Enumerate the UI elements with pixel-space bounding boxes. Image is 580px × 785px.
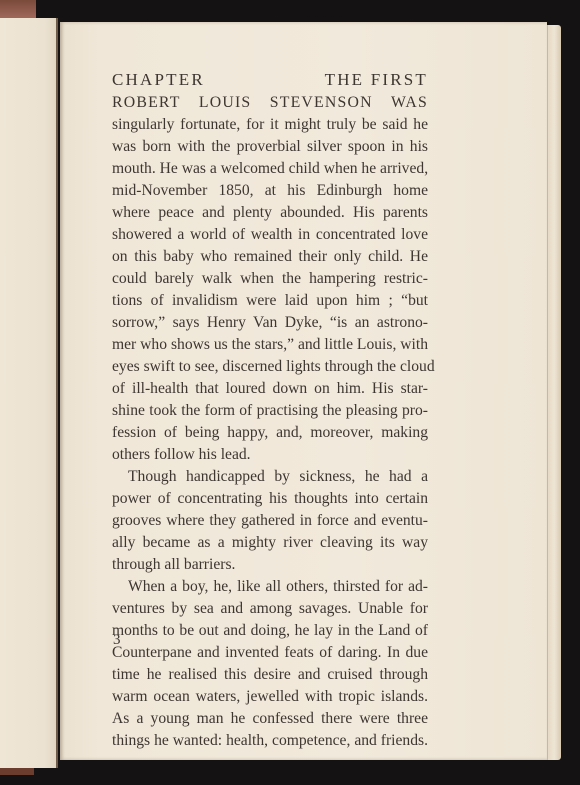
text-line: time he realised this desire and cruised… xyxy=(112,664,428,686)
text-line: shine took the form of practising the pl… xyxy=(112,400,428,422)
opening-word: ROBERT xyxy=(112,92,181,114)
text-line: fession of being happy, and, moreover, m… xyxy=(112,422,428,444)
text-line: mouth. He was a welcomed child when he a… xyxy=(112,158,428,180)
text-line: ally became as a mighty river cleaving i… xyxy=(112,532,428,554)
text-line: warm ocean waters, jewelled with tropic … xyxy=(112,686,428,708)
text-line: on this baby who remained their only chi… xyxy=(112,246,428,268)
paragraph-1: singularly fortunate, for it might truly… xyxy=(112,114,428,466)
paragraph-2: Though handicapped by sickness, he had a… xyxy=(112,466,428,576)
opening-word: LOUIS xyxy=(199,92,252,114)
text-line: mer who shows us the stars,” and little … xyxy=(112,334,428,356)
text-line: could barely walk when the hampering res… xyxy=(112,268,428,290)
chapter-heading-right: THE FIRST xyxy=(325,68,428,92)
chapter-heading: CHAPTER THE FIRST xyxy=(112,68,428,92)
text-line: Counterpane and invented feats of daring… xyxy=(112,642,428,664)
text-line: things he wanted: health, competence, an… xyxy=(112,730,428,752)
text-line: As a young man he confessed there were t… xyxy=(112,708,428,730)
text-line: power of concentrating his thoughts into… xyxy=(112,488,428,510)
text-line: ventures by sea and among savages. Unabl… xyxy=(112,598,428,620)
opening-words: ROBERT LOUIS STEVENSON WAS xyxy=(112,92,428,114)
text-line: When a boy, he, like all others, thirste… xyxy=(112,576,428,598)
text-line: through all barriers. xyxy=(112,554,428,576)
left-page xyxy=(0,18,58,768)
text-line: months to be out and doing, he lay in th… xyxy=(112,620,428,642)
text-line: of ill-health that loured down on him. H… xyxy=(112,378,428,400)
page-fore-edge xyxy=(547,25,561,760)
text-line: mid-November 1850, at his Edinburgh home xyxy=(112,180,428,202)
opening-word: WAS xyxy=(391,92,428,114)
text-line: was born with the proverbial silver spoo… xyxy=(112,136,428,158)
text-line: singularly fortunate, for it might truly… xyxy=(112,114,428,136)
text-line: showered a world of wealth in concentrat… xyxy=(112,224,428,246)
text-line: others follow his lead. xyxy=(112,444,428,466)
text-line: sorrow,” says Henry Van Dyke, “is an ast… xyxy=(112,312,428,334)
page-text: CHAPTER THE FIRST ROBERT LOUIS STEVENSON… xyxy=(112,68,428,752)
text-line: tions of invalidism were laid upon him ;… xyxy=(112,290,428,312)
text-line: where peace and plenty abounded. His par… xyxy=(112,202,428,224)
book-cover-edge-top xyxy=(0,0,36,18)
opening-word: STEVENSON xyxy=(270,92,373,114)
text-line: Though handicapped by sickness, he had a xyxy=(112,466,428,488)
chapter-heading-left: CHAPTER xyxy=(112,68,205,92)
paragraph-3: When a boy, he, like all others, thirste… xyxy=(112,576,428,752)
text-line: eyes swift to see, discerned lights thro… xyxy=(112,356,428,378)
text-line: grooves where they gathered in force and… xyxy=(112,510,428,532)
page-number: 3 xyxy=(113,632,121,649)
